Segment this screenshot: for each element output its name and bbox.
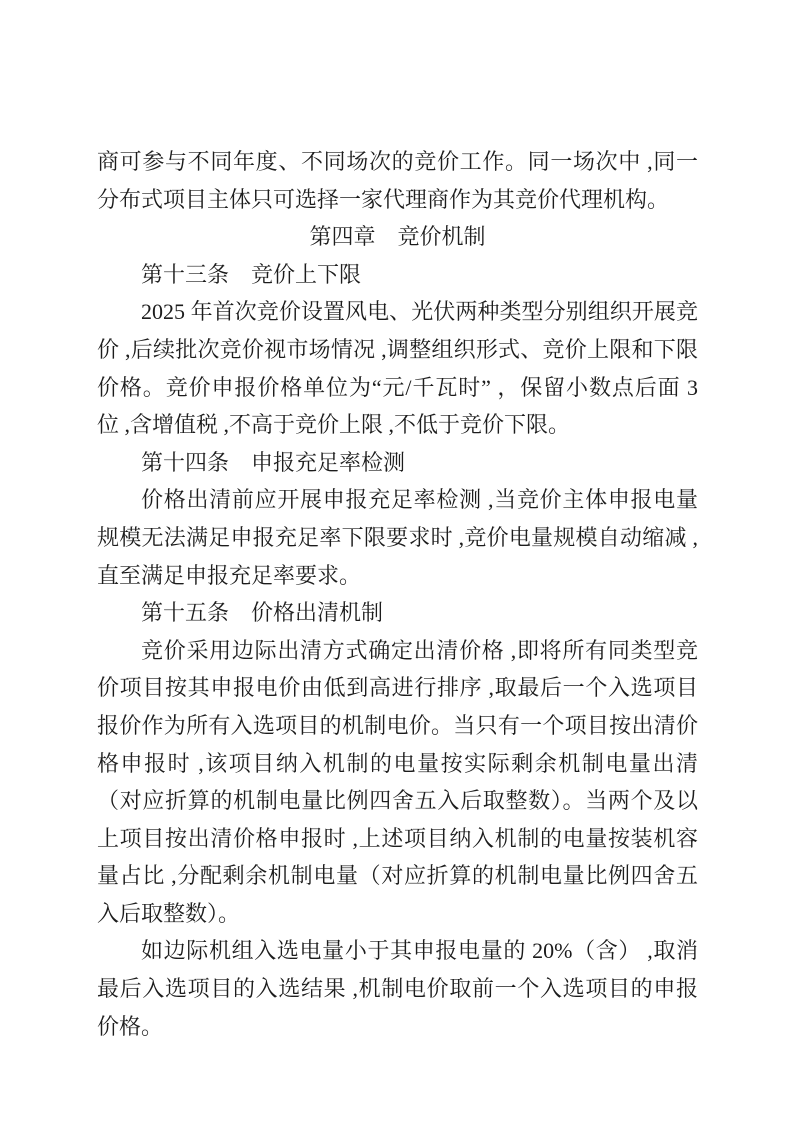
article-15-heading: 第十五条 价格出清机制 (97, 594, 698, 632)
chapter-heading: 第四章 竞价机制 (97, 218, 698, 256)
article-14-heading: 第十四条 申报充足率检测 (97, 444, 698, 482)
article-13-paragraph: 2025 年首次竞价设置风电、光伏两种类型分别组织开展竞价 ,后续批次竞价视市场… (97, 293, 698, 443)
intro-continuation-paragraph: 商可参与不同年度、不同场次的竞价工作。同一场次中 ,同一分布式项目主体只可选择一… (97, 143, 698, 218)
article-14-paragraph: 价格出清前应开展申报充足率检测 ,当竞价主体申报电量规模无法满足申报充足率下限要… (97, 481, 698, 594)
article-13-heading: 第十三条 竞价上下限 (97, 256, 698, 294)
document-page: 商可参与不同年度、不同场次的竞价工作。同一场次中 ,同一分布式项目主体只可选择一… (97, 143, 698, 1045)
article-15-paragraph-2: 如边际机组入选电量小于其申报电量的 20%（含） ,取消最后入选项目的入选结果 … (97, 932, 698, 1045)
article-15-paragraph-1: 竞价采用边际出清方式确定出清价格 ,即将所有同类型竞价项目按其申报电价由低到高进… (97, 632, 698, 933)
